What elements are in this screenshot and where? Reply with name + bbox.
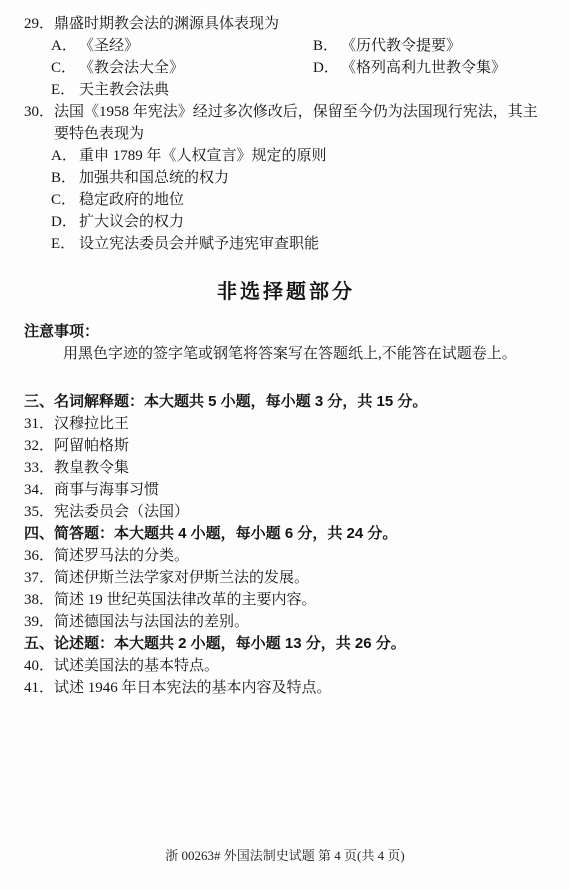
item-number: 40． <box>24 655 54 677</box>
exam-paper-page: 29． 鼎盛时期教会法的渊源具体表现为 A． 《圣经》 B． 《历代教令提要》 … <box>0 0 570 889</box>
section-3-terms: 三、名词解释题：本大题共 5 小题，每小题 3 分，共 15 分。 31． 汉穆… <box>24 391 548 523</box>
option-e: E． 设立宪法委员会并赋予违宪审查职能 <box>51 233 548 255</box>
item-text: 简述伊斯兰法学家对伊斯兰法的发展。 <box>54 567 548 589</box>
question-29: 29． 鼎盛时期教会法的渊源具体表现为 A． 《圣经》 B． 《历代教令提要》 … <box>24 13 548 101</box>
question-number: 30． <box>24 101 54 145</box>
section-4-short-answer: 四、简答题：本大题共 4 小题，每小题 6 分，共 24 分。 36． 简述罗马… <box>24 523 548 633</box>
list-item: 37． 简述伊斯兰法学家对伊斯兰法的发展。 <box>24 567 548 589</box>
item-text: 简述德国法与法国法的差别。 <box>54 611 548 633</box>
item-text: 简述 19 世纪英国法律改革的主要内容。 <box>54 589 548 611</box>
option-b: B． 《历代教令提要》 <box>313 35 548 57</box>
question-29-options: A． 《圣经》 B． 《历代教令提要》 C． 《教会法大全》 D． 《格列高利九… <box>51 35 548 101</box>
list-item: 39． 简述德国法与法国法的差别。 <box>24 611 548 633</box>
question-text: 法国《1958 年宪法》经过多次修改后，保留至今仍为法国现行宪法，其主要特色表现… <box>54 101 548 145</box>
item-number: 41． <box>24 677 54 699</box>
section-header: 四、简答题：本大题共 4 小题，每小题 6 分，共 24 分。 <box>24 523 548 545</box>
page-footer: 浙 00263# 外国法制史试题 第 4 页(共 4 页) <box>0 845 570 864</box>
option-letter: A． <box>51 35 79 57</box>
question-30: 30． 法国《1958 年宪法》经过多次修改后，保留至今仍为法国现行宪法，其主要… <box>24 101 548 255</box>
list-item: 40． 试述美国法的基本特点。 <box>24 655 548 677</box>
list-item: 34． 商事与海事习惯 <box>24 479 548 501</box>
item-number: 39． <box>24 611 54 633</box>
option-letter: C． <box>51 189 79 211</box>
option-letter: A． <box>51 145 79 167</box>
question-text: 鼎盛时期教会法的渊源具体表现为 <box>54 13 548 35</box>
question-number: 29． <box>24 13 54 35</box>
option-letter: E． <box>51 79 79 101</box>
section-header: 五、论述题：本大题共 2 小题，每小题 13 分，共 26 分。 <box>24 633 548 655</box>
option-text: 设立宪法委员会并赋予违宪审查职能 <box>79 233 548 255</box>
option-text: 天主教会法典 <box>79 79 313 101</box>
section-5-essay: 五、论述题：本大题共 2 小题，每小题 13 分，共 26 分。 40． 试述美… <box>24 633 548 699</box>
notice-title: 注意事项： <box>24 321 548 343</box>
question-sections: 三、名词解释题：本大题共 5 小题，每小题 3 分，共 15 分。 31． 汉穆… <box>24 391 548 699</box>
item-text: 教皇教令集 <box>54 457 548 479</box>
item-number: 36． <box>24 545 54 567</box>
option-c: C． 稳定政府的地位 <box>51 189 548 211</box>
part-heading: 非选择题部分 <box>24 278 548 306</box>
item-number: 38． <box>24 589 54 611</box>
item-text: 试述 1946 年日本宪法的基本内容及特点。 <box>54 677 548 699</box>
option-a: A． 重申 1789 年《人权宣言》规定的原则 <box>51 145 548 167</box>
item-text: 试述美国法的基本特点。 <box>54 655 548 677</box>
option-letter: B． <box>313 35 341 57</box>
option-a: A． 《圣经》 <box>51 35 313 57</box>
option-letter: C． <box>51 57 79 79</box>
option-letter: B． <box>51 167 79 189</box>
item-number: 32． <box>24 435 54 457</box>
question-30-options: A． 重申 1789 年《人权宣言》规定的原则 B． 加强共和国总统的权力 C．… <box>51 145 548 255</box>
section-header: 三、名词解释题：本大题共 5 小题，每小题 3 分，共 15 分。 <box>24 391 548 413</box>
option-text: 稳定政府的地位 <box>79 189 548 211</box>
list-item: 36． 简述罗马法的分类。 <box>24 545 548 567</box>
list-item: 41． 试述 1946 年日本宪法的基本内容及特点。 <box>24 677 548 699</box>
item-text: 商事与海事习惯 <box>54 479 548 501</box>
item-text: 汉穆拉比王 <box>54 413 548 435</box>
notice-body: 用黑色字迹的签字笔或钢笔将答案写在答题纸上,不能答在试题卷上。 <box>24 343 548 366</box>
list-item: 33． 教皇教令集 <box>24 457 548 479</box>
option-text: 重申 1789 年《人权宣言》规定的原则 <box>79 145 548 167</box>
item-number: 31． <box>24 413 54 435</box>
option-letter: D． <box>51 211 79 233</box>
option-text: 《教会法大全》 <box>79 57 313 79</box>
option-letter: D． <box>313 57 341 79</box>
item-text: 宪法委员会（法国） <box>54 501 548 523</box>
option-text: 扩大议会的权力 <box>79 211 548 233</box>
question-30-stem: 30． 法国《1958 年宪法》经过多次修改后，保留至今仍为法国现行宪法，其主要… <box>24 101 548 145</box>
option-b: B． 加强共和国总统的权力 <box>51 167 548 189</box>
option-e: E． 天主教会法典 <box>51 79 313 101</box>
option-text: 《格列高利九世教令集》 <box>341 57 548 79</box>
option-letter: E． <box>51 233 79 255</box>
option-text: 《历代教令提要》 <box>341 35 548 57</box>
list-item: 38． 简述 19 世纪英国法律改革的主要内容。 <box>24 589 548 611</box>
item-text: 阿留帕格斯 <box>54 435 548 457</box>
option-text: 加强共和国总统的权力 <box>79 167 548 189</box>
option-d: D． 《格列高利九世教令集》 <box>313 57 548 79</box>
item-number: 34． <box>24 479 54 501</box>
question-29-stem: 29． 鼎盛时期教会法的渊源具体表现为 <box>24 13 548 35</box>
item-number: 35． <box>24 501 54 523</box>
list-item: 35． 宪法委员会（法国） <box>24 501 548 523</box>
option-text: 《圣经》 <box>79 35 313 57</box>
item-text: 简述罗马法的分类。 <box>54 545 548 567</box>
item-number: 37． <box>24 567 54 589</box>
option-d: D． 扩大议会的权力 <box>51 211 548 233</box>
list-item: 31． 汉穆拉比王 <box>24 413 548 435</box>
option-c: C． 《教会法大全》 <box>51 57 313 79</box>
list-item: 32． 阿留帕格斯 <box>24 435 548 457</box>
item-number: 33． <box>24 457 54 479</box>
